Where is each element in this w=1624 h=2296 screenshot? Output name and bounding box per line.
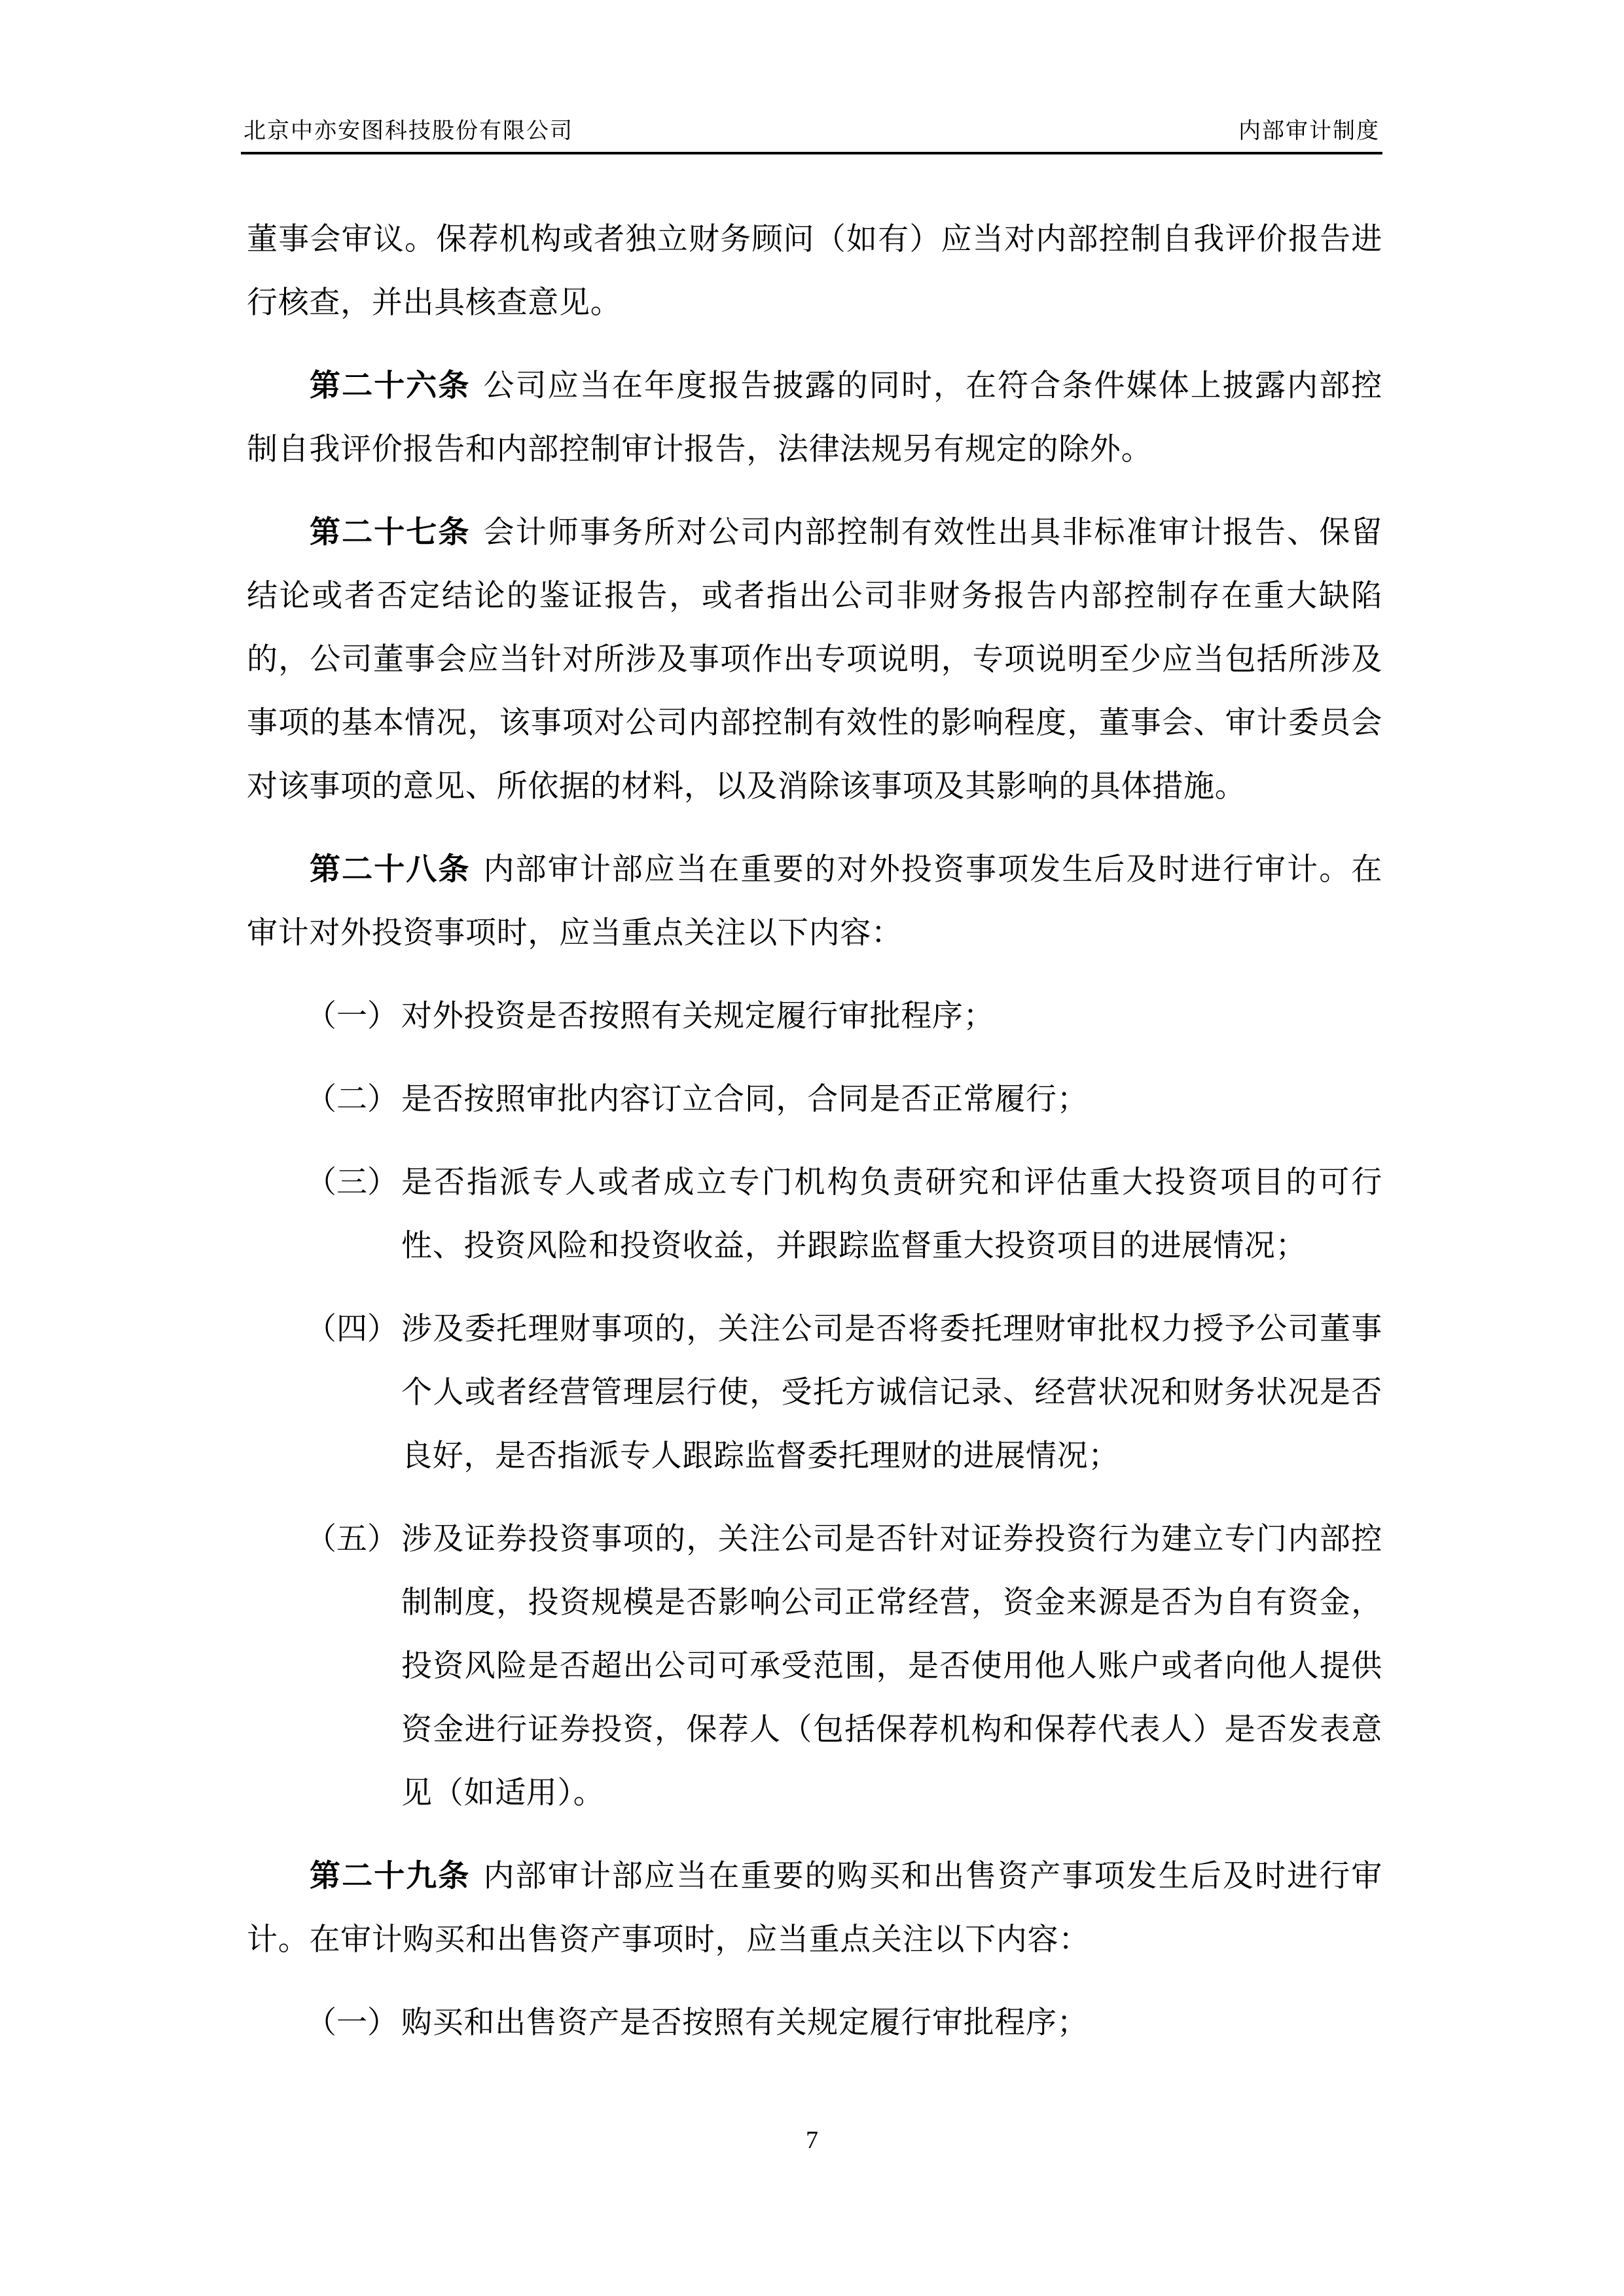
list-item: （四）涉及委托理财事项的，关注公司是否将委托理财审批权力授予公司董事个人或者经营… xyxy=(247,1298,1382,1488)
article-number: 第二十九条 xyxy=(310,1859,471,1893)
article-28: 第二十八条内部审计部应当在重要的对外投资事项发生后及时进行审计。在审计对外投资事… xyxy=(247,838,1382,965)
header-document-title: 内部审计制度 xyxy=(1236,115,1382,152)
article-number: 第二十八条 xyxy=(310,853,471,887)
list-item: （一）对外投资是否按照有关规定履行审批程序； xyxy=(247,985,1382,1049)
list-item: （二）是否按照审批内容订立合同，合同是否正常履行； xyxy=(247,1068,1382,1132)
paragraph-text: 董事会审议。保荐机构或者独立财务顾问（如有）应当对内部控制自我评价报告进行核查，… xyxy=(247,223,1382,320)
list-marker: （二） xyxy=(306,1068,398,1132)
list-item-text: 涉及委托理财事项的，关注公司是否将委托理财审批权力授予公司董事个人或者经营管理层… xyxy=(401,1312,1382,1473)
continued-paragraph: 董事会审议。保荐机构或者独立财务顾问（如有）应当对内部控制自我评价报告进行核查，… xyxy=(247,208,1382,335)
list-marker: （四） xyxy=(306,1298,398,1361)
page-number: 7 xyxy=(0,2126,1624,2155)
list-marker: （一） xyxy=(306,985,398,1049)
list-marker: （一） xyxy=(306,1992,398,2055)
header-company-name: 北京中亦安图科技股份有限公司 xyxy=(241,115,576,152)
list-marker: （三） xyxy=(306,1151,398,1215)
list-item-text: 涉及证券投资事项的，关注公司是否针对证券投资行为建立专门内部控制制度，投资规模是… xyxy=(401,1522,1382,1810)
list-item-text: 购买和出售资产是否按照有关规定履行审批程序； xyxy=(401,2006,1088,2040)
article-number: 第二十七条 xyxy=(310,516,471,550)
list-marker: （五） xyxy=(306,1508,398,1571)
document-body: 董事会审议。保荐机构或者独立财务顾问（如有）应当对内部控制自我评价报告进行核查，… xyxy=(247,208,1382,2075)
article-27: 第二十七条会计师事务所对公司内部控制有效性出具非标准审计报告、保留结论或者否定结… xyxy=(247,501,1382,819)
list-item: （五）涉及证券投资事项的，关注公司是否针对证券投资行为建立专门内部控制制度，投资… xyxy=(247,1508,1382,1825)
article-26: 第二十六条公司应当在年度报告披露的同时，在符合条件媒体上披露内部控制自我评价报告… xyxy=(247,355,1382,482)
article-28-list: （一）对外投资是否按照有关规定履行审批程序； （二）是否按照审批内容订立合同，合… xyxy=(247,985,1382,1825)
article-text: 会计师事务所对公司内部控制有效性出具非标准审计报告、保留结论或者否定结论的鉴证报… xyxy=(247,516,1382,804)
list-item: （三）是否指派专人或者成立专门机构负责研究和评估重大投资项目的可行性、投资风险和… xyxy=(247,1151,1382,1278)
list-item: （一）购买和出售资产是否按照有关规定履行审批程序； xyxy=(247,1992,1382,2055)
list-item-text: 是否指派专人或者成立专门机构负责研究和评估重大投资项目的可行性、投资风险和投资收… xyxy=(401,1166,1382,1263)
list-item-text: 是否按照审批内容订立合同，合同是否正常履行； xyxy=(401,1083,1088,1117)
page-header: 北京中亦安图科技股份有限公司 内部审计制度 xyxy=(241,111,1382,154)
article-29-list: （一）购买和出售资产是否按照有关规定履行审批程序； xyxy=(247,1992,1382,2055)
article-29: 第二十九条内部审计部应当在重要的购买和出售资产事项发生后及时进行审计。在审计购买… xyxy=(247,1845,1382,1972)
article-number: 第二十六条 xyxy=(310,369,471,403)
list-item-text: 对外投资是否按照有关规定履行审批程序； xyxy=(401,999,994,1033)
